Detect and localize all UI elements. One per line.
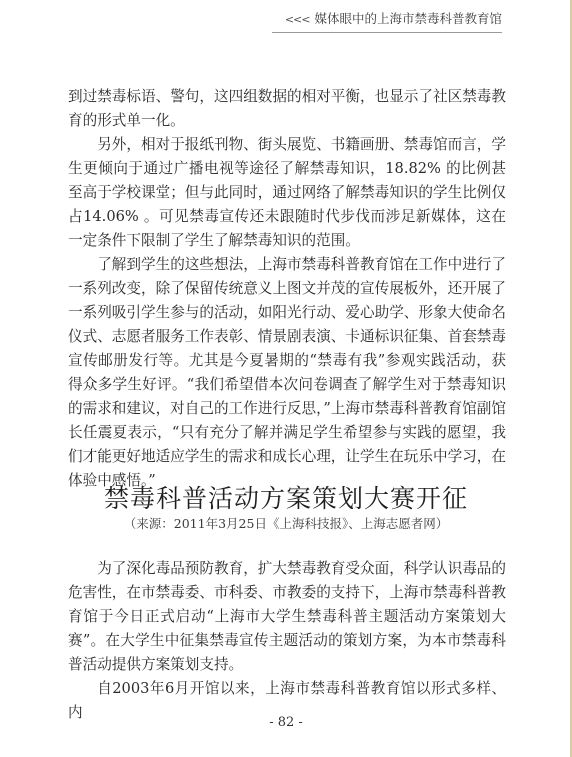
chevron-left-icon: <<< bbox=[285, 13, 310, 26]
paragraph: 了解到学生的这些想法，上海市禁毒科普教育馆在工作中进行了一系列改变，除了保留传统… bbox=[68, 253, 506, 493]
section-body-text: 到过禁毒标语、警句，这四组数据的相对平衡，也显示了社区禁毒教育的形式单一化。 另… bbox=[68, 85, 506, 493]
page-number: - 82 - bbox=[0, 714, 572, 732]
article-body-text: 为了深化毒品预防教育，扩大禁毒教育受众面，科学认识毒品的危害性，在市禁毒委、市科… bbox=[68, 557, 506, 725]
running-header: <<<媒体眼中的上海市禁毒科普教育馆 bbox=[272, 10, 502, 33]
paragraph: 到过禁毒标语、警句，这四组数据的相对平衡，也显示了社区禁毒教育的形式单一化。 bbox=[68, 85, 506, 133]
running-header-title: 媒体眼中的上海市禁毒科普教育馆 bbox=[314, 11, 502, 26]
article-title: 禁毒科普活动方案策划大赛开征 bbox=[0, 482, 572, 516]
paragraph: 为了深化毒品预防教育，扩大禁毒教育受众面，科学认识毒品的危害性，在市禁毒委、市科… bbox=[68, 557, 506, 677]
paragraph: 另外，相对于报纸刊物、街头展览、书籍画册、禁毒馆而言，学生更倾向于通过广播电视等… bbox=[68, 133, 506, 253]
article-source: （来源：2011年3月25日《上海科技报》、上海志愿者网） bbox=[0, 515, 572, 533]
